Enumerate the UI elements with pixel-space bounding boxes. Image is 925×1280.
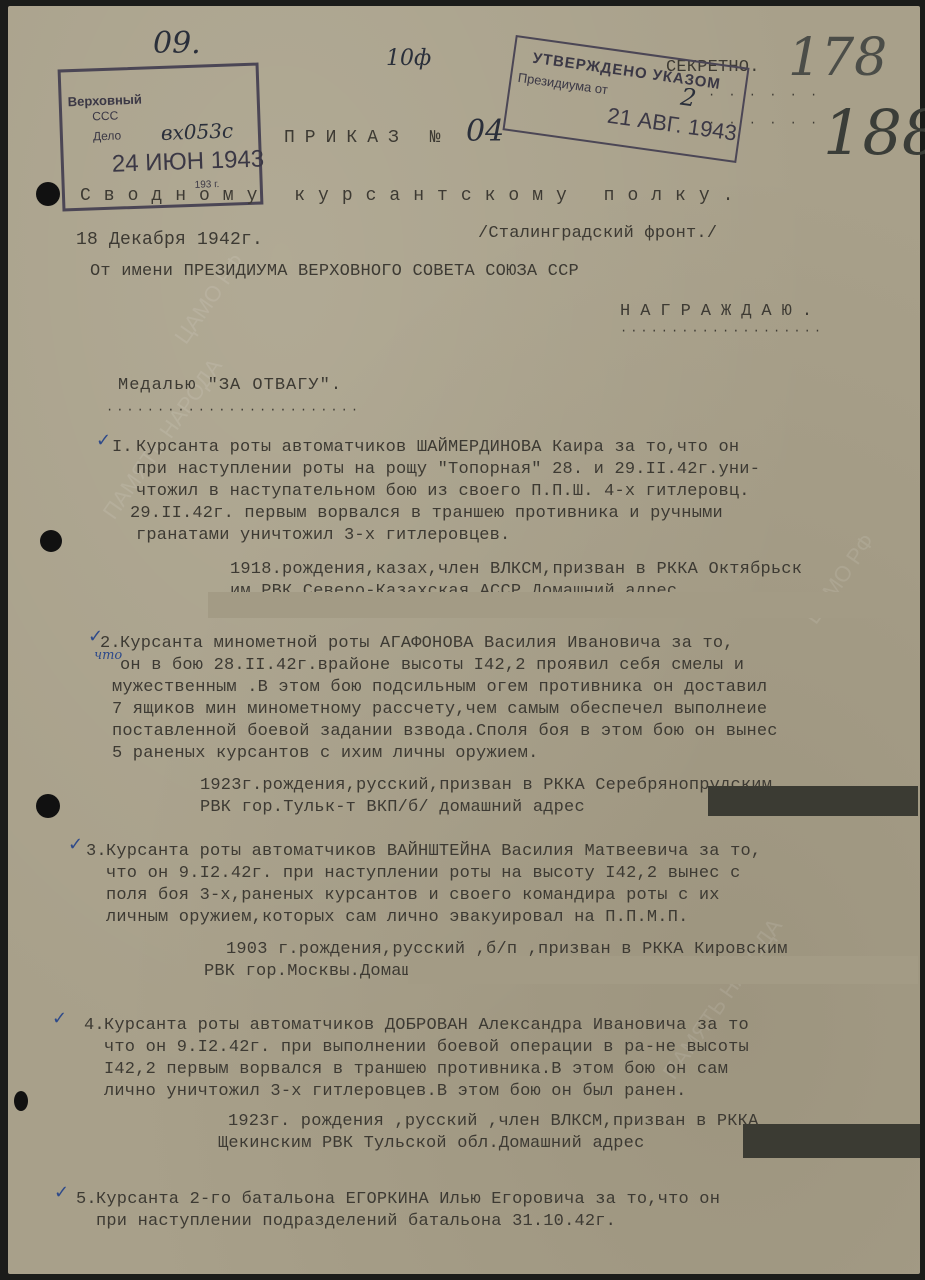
handwritten-number: 09. — [153, 26, 201, 61]
approved-stamp: УТВЕРЖДЕНО УКАЗОМ Президиума от 2 21 АВГ… — [502, 35, 749, 163]
redaction — [208, 592, 920, 618]
entry-line: Курсанта роты автоматчиков ШАЙМЕРДИНОВА … — [136, 438, 739, 457]
entry-line: при наступлении подразделений батальона … — [96, 1212, 616, 1231]
entry-line: поля боя 3-х,раненых курсантов и своего … — [106, 886, 720, 905]
stamp-date: 24 ИЮН 1943 — [111, 145, 264, 178]
order-date: 18 Декабря 1942г. — [76, 230, 263, 250]
checkmark-icon: ✓ — [52, 1008, 67, 1029]
unit-name: Сводному курсантскому полку. — [80, 186, 746, 206]
medal-name: Медалью "ЗА ОТВАГУ". — [118, 376, 342, 395]
pencil-number: 178 — [788, 28, 887, 88]
entry-number: 4. — [84, 1016, 105, 1035]
entry-bio: Щекинским РВК Тульской обл.Домашний адре… — [218, 1134, 644, 1153]
entry-line: личным оружием,которых сам лично эвакуир… — [106, 908, 689, 927]
entry-line: гранатами уничтожил 3-х гитлеровцев. — [136, 526, 510, 545]
front-name: /Сталинградский фронт./ — [478, 224, 717, 243]
preamble: От имени ПРЕЗИДИУМА ВЕРХОВНОГО СОВЕТА СО… — [90, 262, 579, 281]
entry-line: что он 9.I2.42г. при выполнении боевой о… — [104, 1038, 749, 1057]
entry-line: Курсанта роты автоматчиков ВАЙНШТЕЙНА Ва… — [106, 842, 761, 861]
entry-number: 3. — [86, 842, 107, 861]
redaction — [708, 786, 918, 816]
redaction — [408, 956, 918, 984]
margin-note: что — [94, 648, 122, 663]
dotted-line: ························· — [106, 403, 361, 417]
punch-hole — [36, 182, 60, 206]
order-title: ПРИКАЗ № — [284, 128, 450, 148]
entry-line: мужественным .В этом бою подсильным огем… — [112, 678, 767, 697]
entry-line: Курсанта роты автоматчиков ДОБРОВАН Алек… — [104, 1016, 749, 1035]
entry-line: 7 ящиков мин минометному рассчету,чем са… — [112, 700, 767, 719]
document-page: ПАМЯТЬ НАРОДА ЦАМО РФ ПАМЯТЬ НАРОДА ЦАМО… — [8, 6, 920, 1274]
entry-bio: 1923г. рождения ,русский ,член ВЛКСМ,при… — [228, 1112, 759, 1131]
entry-line: лично уничтожил 3-х гитлеровцев.В этом б… — [104, 1082, 687, 1101]
order-number: 04 — [466, 114, 504, 149]
entry-line: 5 раненых курсантов с ихим личны оружием… — [112, 744, 538, 763]
checkmark-icon: ✓ — [96, 430, 111, 451]
redaction — [743, 1124, 920, 1158]
award-verb: НАГРАЖДАЮ. — [620, 302, 822, 321]
punch-hole — [36, 794, 60, 818]
checkmark-icon: ✓ — [68, 834, 83, 855]
entry-line: Курсанта 2-го батальона ЕГОРКИНА Илью Ег… — [96, 1190, 720, 1209]
handwritten-ref: вх053с — [160, 118, 233, 145]
entry-bio: 1923г.рождения,русский,призван в РККА Се… — [200, 776, 772, 795]
entry-bio: РВК гор.Тульк-т ВКП/б/ домашний адрес — [200, 798, 585, 817]
entry-line: что он 9.I2.42г. при наступлении роты на… — [106, 864, 741, 883]
entry-line: I42,2 первым ворвался в траншею противни… — [104, 1060, 728, 1079]
checkmark-icon: ✓ — [54, 1182, 69, 1203]
entry-line: чтожил в наступательном бою из своего П.… — [136, 482, 750, 501]
pencil-number: 188 — [823, 96, 925, 169]
entry-number: 5. — [76, 1190, 97, 1209]
handwritten-digit: 2 — [679, 83, 698, 113]
entry-line: поставленной боевой задании взвода.Споля… — [112, 722, 778, 741]
entry-line: он в бою 28.II.42г.врайоне высоты I42,2 … — [120, 656, 744, 675]
entry-line: Курсанта минометной роты АГАФОНОВА Васил… — [120, 634, 734, 653]
stamp-date: 21 АВГ. 1943 — [606, 103, 739, 147]
punch-hole — [40, 530, 62, 552]
entry-line: 29.II.42г. первым ворвался в траншею про… — [130, 504, 723, 523]
entry-number: I. — [112, 438, 133, 457]
punch-hole — [14, 1091, 28, 1111]
handwritten-fund: 10ф — [386, 46, 431, 71]
entry-bio: 1918.рождения,казах,член ВЛКСМ,призван в… — [230, 560, 802, 579]
dotted-line: ···················· — [620, 324, 824, 338]
entry-line: при наступлении роты на рощу "Топорная" … — [136, 460, 760, 479]
